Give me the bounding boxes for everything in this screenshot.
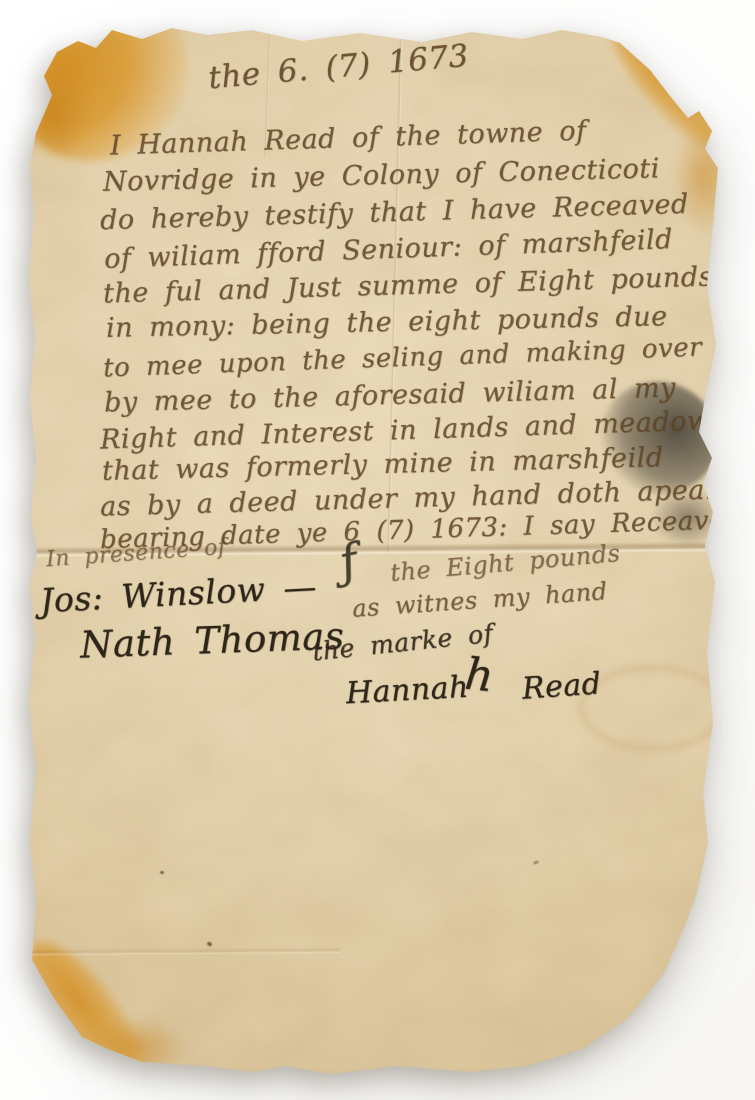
body-line: the ful and Just summe of Eight pounds <box>103 263 714 307</box>
horizontal-fold-crease <box>0 541 755 558</box>
corner-stain-top-left-inner <box>18 70 88 160</box>
dateline: the 6. (7) 1673 <box>207 41 470 95</box>
witness-signature-thomas: Nath Thomas <box>79 617 344 663</box>
paper-sheet: the 6. (7) 1673 I Hannah Read of the tow… <box>0 0 755 1100</box>
ink-smudge <box>586 367 733 510</box>
body-line: that was formerly mine in marshfeild <box>102 444 664 485</box>
corner-stain-top-left <box>0 0 221 194</box>
witness-hand-line: as witnes my hand <box>351 579 608 621</box>
signer-mark: h <box>463 653 496 700</box>
vertical-crease <box>387 28 404 553</box>
body-line: in mony: being the eight pounds due <box>106 303 668 342</box>
ink-smudge-small <box>652 488 722 546</box>
corner-stain-bottom-left-inner <box>92 1020 182 1075</box>
body-line: Novridge in ye Colony of Conecticoti <box>103 155 660 196</box>
body-line: I Hannah Read of the towne of <box>110 118 587 160</box>
mark-caption: the marke of <box>311 621 494 665</box>
signer-first-name: Hannah <box>345 673 469 709</box>
ink-speck <box>533 860 540 865</box>
vertical-crease-top <box>264 28 272 158</box>
witness-signature-winslow: Jos: Winslow — <box>39 570 317 617</box>
ink-speck <box>206 941 212 947</box>
photo-background: the 6. (7) 1673 I Hannah Read of the tow… <box>0 0 755 1100</box>
lower-fold-crease <box>0 947 340 956</box>
manuscript-paper: the 6. (7) 1673 I Hannah Read of the tow… <box>0 0 755 1100</box>
ink-speck <box>160 871 164 874</box>
water-stain-ring <box>578 664 728 752</box>
body-line: to mee upon the seling and making over <box>103 335 703 382</box>
corner-stain-top-right <box>587 0 755 173</box>
body-line: of wiliam fford Seniour: of marshfeild <box>104 226 674 273</box>
corner-stain-top-right-inner <box>676 120 736 230</box>
